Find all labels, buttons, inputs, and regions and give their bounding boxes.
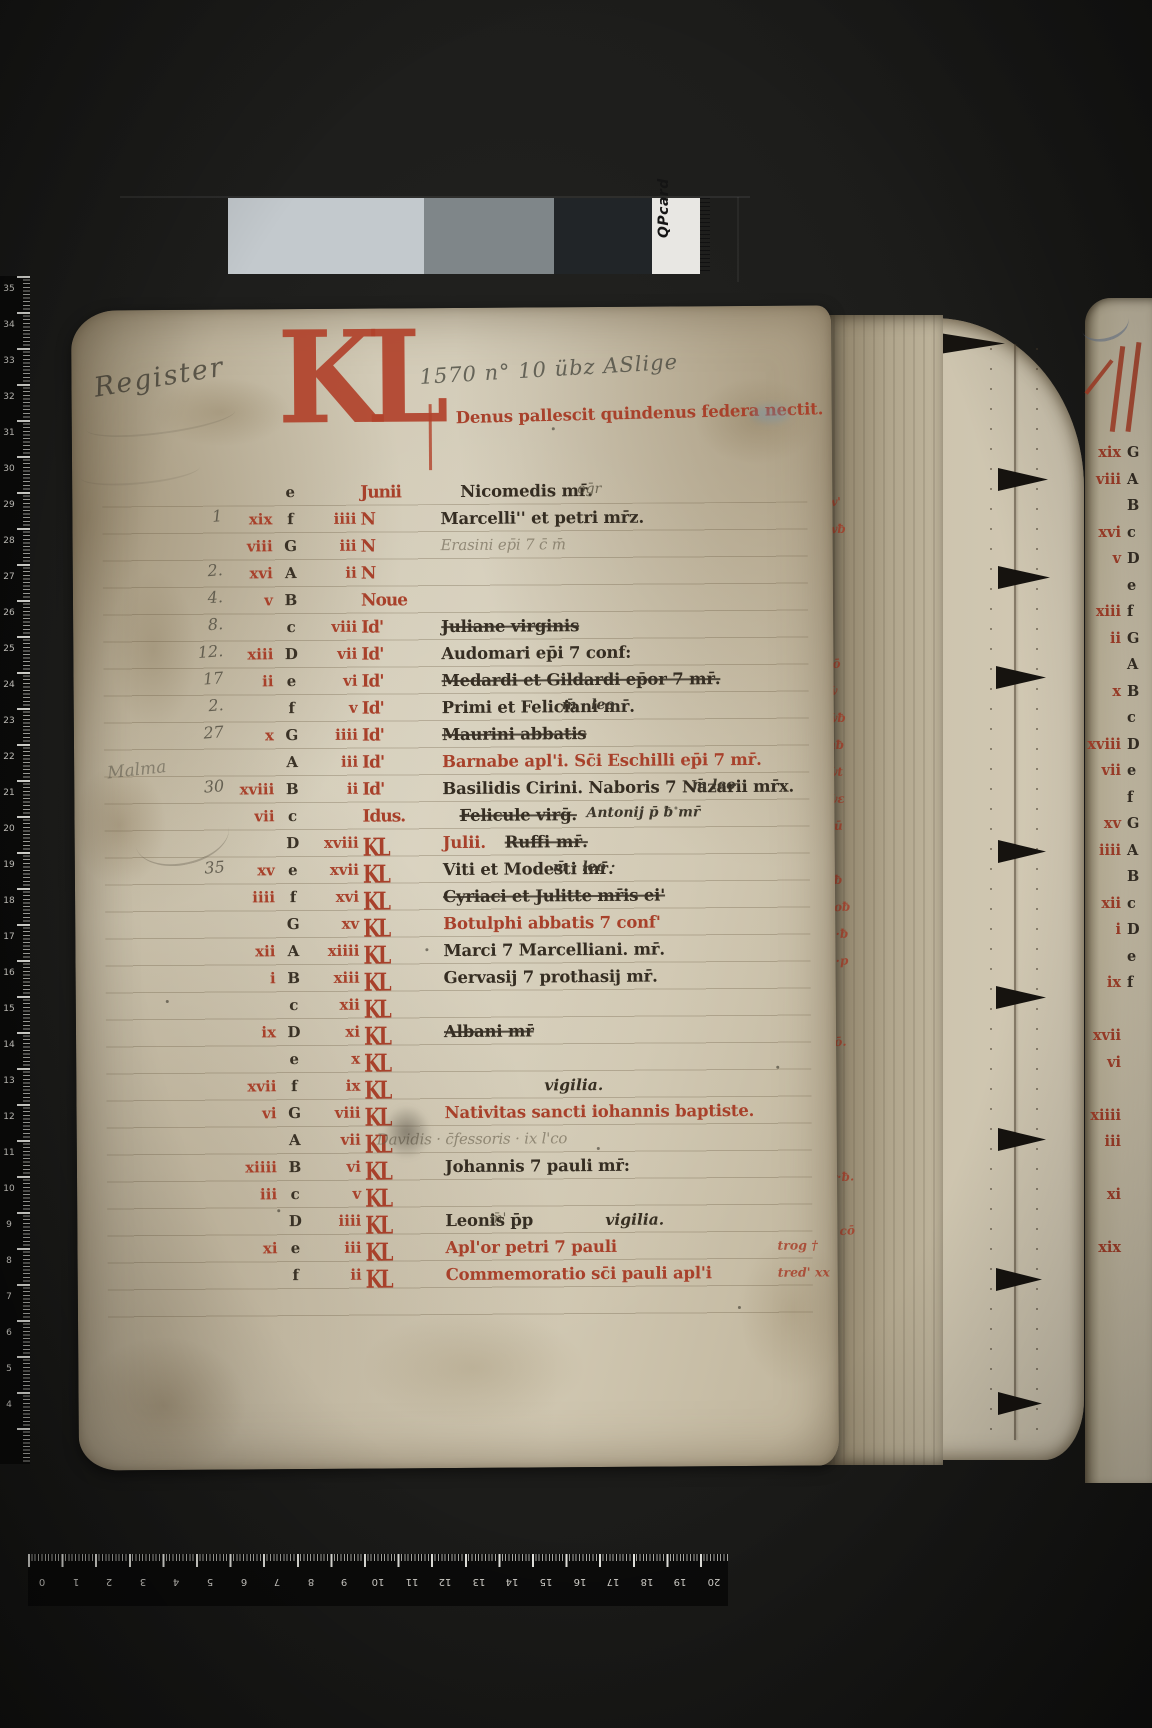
fly-speck: [776, 1066, 779, 1069]
ruler-number: 25: [2, 644, 16, 654]
facing-dominical-letter: A: [1127, 842, 1138, 859]
calibration-patch: [228, 198, 424, 274]
feast-entry: Barnabe apl'i. Sc̄i Eschilli ep̄i 7 mr̄.: [442, 750, 762, 771]
ruler-cm-ticks: [28, 1554, 728, 1567]
feast-entry: Felicule virḡ.: [459, 805, 577, 825]
facing-calendar-row: B: [1085, 868, 1152, 888]
ruler-number: 12: [435, 1576, 455, 1587]
facing-page-sliver: xixGviiiABxvicvDexiiifiiGAxBcxviiiDviief…: [1085, 298, 1152, 1483]
facing-dominical-letter: B: [1127, 683, 1139, 700]
golden-number: vii: [224, 807, 274, 825]
golden-number: xvii: [226, 1077, 276, 1095]
facing-calendar-row: xB: [1085, 683, 1152, 703]
dominical-letter: D: [283, 1212, 307, 1230]
dominical-letter: f: [280, 699, 304, 717]
facing-calendar-row: c: [1085, 709, 1152, 729]
feast-entry: Cyriaci et Julitte mr̄is ei': [443, 886, 665, 907]
facing-calendar-row: f: [1085, 789, 1152, 809]
facing-golden-number: vi: [1087, 1054, 1121, 1071]
dominical-letter: c: [282, 996, 306, 1014]
facing-dominical-letter: D: [1127, 550, 1140, 567]
fly-speck: [597, 1147, 600, 1150]
dominical-letter: B: [283, 1158, 307, 1176]
day-count: iiii: [309, 1212, 361, 1230]
ruler-cm-ticks: [17, 276, 30, 1464]
dominical-letter: B: [280, 780, 304, 798]
facing-dominical-letter: f: [1127, 603, 1133, 620]
dominical-letter: e: [278, 483, 302, 501]
sewing-support: [998, 566, 1050, 589]
kalend-mark: Id': [361, 671, 383, 691]
day-count: v: [309, 1185, 361, 1203]
facing-calendar-row: [1085, 1080, 1152, 1100]
facing-calendar-row: iii: [1085, 1133, 1152, 1153]
facing-golden-number: xiii: [1087, 603, 1121, 620]
binding-gutter: w'wƀtōw̄w̄ƀuƀw̄tw̄ɛvūyƀvoƀu·ƀu·pcō.ƀ†w·ƀ…: [823, 315, 943, 1465]
ruler-number: 15: [536, 1576, 556, 1587]
day-count: vii: [309, 1131, 361, 1149]
facing-dominical-letter: f: [1127, 789, 1133, 806]
dominical-letter: D: [279, 645, 303, 663]
dominical-letter: f: [282, 1077, 306, 1095]
facing-dominical-letter: D: [1127, 921, 1140, 938]
calibration-patch: [424, 198, 554, 274]
facing-dominical-letter: B: [1127, 868, 1139, 885]
facing-golden-number: xi: [1087, 1186, 1121, 1203]
facing-calendar-row: xiiif: [1085, 603, 1152, 623]
facing-dominical-letter: D: [1127, 736, 1140, 753]
ruler-number: 18: [637, 1576, 657, 1587]
feast-entry: Apl'or petri 7 pauli: [445, 1237, 617, 1257]
ruler-number: 1: [66, 1576, 86, 1587]
kalend-mark: Noue: [361, 590, 407, 610]
feast-entry: Maurini abbatis: [442, 724, 587, 744]
facing-golden-number: xvi: [1087, 524, 1121, 541]
dominical-letter: f: [281, 888, 305, 906]
ruler-number: 20: [704, 1576, 724, 1587]
ruler-number: 35: [2, 284, 16, 294]
facing-golden-number: xix: [1087, 444, 1121, 461]
gutter-mark: tred' xx: [778, 1264, 830, 1279]
facing-calendar-row: iiiiA: [1085, 842, 1152, 862]
feast-entry: Marci 7 Marcelliani. mr̄.: [443, 940, 665, 961]
day-count: iii: [306, 753, 358, 771]
facing-calendar-row: B: [1085, 497, 1152, 517]
feast-entry: Nativitas sancti iohannis baptiste.: [445, 1101, 755, 1122]
facing-golden-number: ii: [1087, 630, 1121, 647]
facing-kl-initial: [1110, 346, 1125, 432]
day-count: xiiii: [307, 942, 359, 960]
dominical-letter: e: [279, 672, 303, 690]
ruler-number: 10: [368, 1576, 388, 1587]
gutter-mark: trog †: [777, 1237, 817, 1252]
facing-calendar-row: ixf: [1085, 974, 1152, 994]
golden-number: xviii: [224, 780, 274, 798]
facing-golden-number: iii: [1087, 1133, 1121, 1150]
ruler-number: 31: [2, 428, 16, 438]
feast-entry: Johannis 7 pauli mr̄:: [445, 1156, 630, 1176]
kalend-mark: N: [360, 510, 375, 530]
ruler-number: 32: [2, 392, 16, 402]
day-count: viii: [309, 1104, 361, 1122]
facing-calendar-row: xixG: [1085, 444, 1152, 464]
fly-speck: [277, 1209, 280, 1212]
day-count: xii: [308, 996, 360, 1014]
day-count: ii: [305, 564, 357, 582]
margin-number: 8.: [93, 614, 224, 643]
day-count: x: [308, 1050, 360, 1068]
golden-number: xi: [227, 1239, 277, 1257]
horizontal-ruler: 01234567891011121314151617181920: [28, 1554, 728, 1606]
golden-number: viii: [223, 537, 273, 555]
kalend-mark: Id': [361, 644, 383, 664]
marginal-note: Antonij p̄ ƀ mr̄: [586, 804, 700, 821]
facing-golden-number: viii: [1087, 471, 1121, 488]
kalend-mark: N: [361, 564, 376, 584]
golden-number: x: [224, 726, 274, 744]
facing-calendar-row: xvG: [1085, 815, 1152, 835]
margin-number: 12.: [93, 641, 224, 670]
ruler-number: 29: [2, 500, 16, 510]
feast-entry: Medardi et Gildardi ep̄or 7 mr̄.: [441, 669, 720, 690]
day-count: ii: [306, 780, 358, 798]
kalend-mark: KL: [364, 1022, 390, 1051]
feast-entry: Erasini ep̄i 7 c̄ m̄: [441, 535, 566, 554]
dominical-letter: B: [282, 969, 306, 987]
kalend-mark: Id': [361, 617, 383, 637]
faded-scribble: [85, 396, 237, 443]
ruler-number: 34: [2, 320, 16, 330]
feast-entry: Albani mr̄: [444, 1021, 534, 1041]
feast-entry: Audomari ep̄i 7 conf:: [441, 643, 631, 663]
ruler-number: 8: [301, 1576, 321, 1587]
kalend-mark: Id': [362, 725, 384, 745]
facing-dominical-letter: A: [1127, 656, 1138, 673]
day-count: viii: [305, 618, 357, 636]
ruler-number: 6: [2, 1328, 16, 1338]
facing-calendar-row: iD: [1085, 921, 1152, 941]
facing-calendar-row: [1085, 1001, 1152, 1021]
facing-calendar-row: A: [1085, 656, 1152, 676]
ruler-number: 14: [502, 1576, 522, 1587]
day-count: vi: [305, 672, 357, 690]
facing-calendar-row: xvic: [1085, 524, 1152, 544]
day-count: ii: [310, 1266, 362, 1284]
golden-number: i: [226, 969, 276, 987]
ruler-number: 16: [2, 968, 16, 978]
calibration-card-scale: [700, 198, 710, 274]
feast-entry: Juliane virginis: [441, 616, 579, 636]
facing-golden-number: xii: [1087, 895, 1121, 912]
ruler-number: 17: [603, 1576, 623, 1587]
ruler-number: 19: [2, 860, 16, 870]
feast-entry: Commemoratio sc̄i pauli apl'i: [446, 1263, 712, 1284]
kalend-mark: KL: [364, 995, 390, 1024]
facing-golden-number: xv: [1087, 815, 1121, 832]
dominical-letter: e: [283, 1239, 307, 1257]
sewing-support: [998, 1128, 1046, 1151]
day-count: xvii: [307, 861, 359, 879]
feast-entry-struck: Ruffi mr̄.: [505, 832, 588, 852]
ruler-number: 3: [133, 1576, 153, 1587]
facing-golden-number: ix: [1087, 974, 1121, 991]
ruler-number: 24: [2, 680, 16, 690]
exlibris-inscription: Register: [92, 351, 227, 403]
kalend-mark: KL: [363, 887, 389, 916]
fly-speck: [166, 1000, 169, 1003]
ruler-number: 4: [166, 1576, 186, 1587]
facing-calendar-row: xi: [1085, 1186, 1152, 1206]
facing-dominical-letter: c: [1127, 895, 1136, 912]
facing-calendar-row: viie: [1085, 762, 1152, 782]
facing-dominical-letter: B: [1127, 497, 1139, 514]
kalend-mark: N: [361, 537, 376, 557]
vertical-ruler: 3534333231302928272625242322212019181716…: [0, 276, 30, 1464]
golden-number: vi: [227, 1104, 277, 1122]
facing-dominical-letter: G: [1127, 815, 1139, 832]
kalend-mark: KL: [363, 941, 389, 970]
facing-golden-number: vii: [1087, 762, 1121, 779]
manuscript-page: Register KL 1570 n° 10 übz ASlige Denus …: [71, 305, 839, 1470]
facing-golden-number: i: [1087, 921, 1121, 938]
margin-number: 30: [94, 776, 225, 805]
fly-speck: [738, 1306, 741, 1309]
facing-golden-number: xvii: [1087, 1027, 1121, 1044]
dominical-letter: A: [281, 942, 305, 960]
ruler-number: 2: [99, 1576, 119, 1587]
facing-calendar-row: e: [1085, 577, 1152, 597]
ruler-number: 4: [2, 1400, 16, 1410]
ruler-number: 8: [2, 1256, 16, 1266]
fly-speck: [674, 806, 677, 809]
facing-dominical-letter: e: [1127, 577, 1136, 594]
ruler-number: 19: [670, 1576, 690, 1587]
ruler-number: 30: [2, 464, 16, 474]
kalend-mark: KL: [363, 914, 389, 943]
ruler-number: 15: [2, 1004, 16, 1014]
ruler-number: 18: [2, 896, 16, 906]
kalend-mark: KL: [363, 833, 389, 862]
facing-calendar-row: e: [1085, 948, 1152, 968]
sewing-support: [998, 468, 1048, 491]
golden-number: v: [223, 591, 273, 609]
day-count: xiii: [308, 969, 360, 987]
margin-number: 35: [94, 857, 225, 886]
day-count: xi: [308, 1023, 360, 1041]
color-calibration-card: QPcard: [228, 198, 710, 274]
feast-entry: Gervasij 7 prothasij mr̄.: [444, 967, 658, 987]
glass-plate-edge: [737, 197, 739, 282]
facing-golden-number: v: [1087, 550, 1121, 567]
vigil-note: vigilia.: [544, 1075, 603, 1094]
ruler-number: 17: [2, 932, 16, 942]
facing-dominical-letter: c: [1127, 524, 1136, 541]
facing-dominical-letter: f: [1127, 974, 1133, 991]
marginal-note: m̄ leo: [692, 777, 735, 793]
sewing-holes: [1036, 348, 1038, 1438]
ink-stain: [374, 1096, 439, 1168]
ruler-number: 33: [2, 356, 16, 366]
golden-number: xv: [225, 861, 275, 879]
facing-calendar-row: iiG: [1085, 630, 1152, 650]
kalend-mark: Junii: [360, 482, 401, 502]
dominical-letter: c: [280, 807, 304, 825]
sewing-support: [996, 666, 1046, 689]
margin-number: 4.: [92, 587, 223, 616]
marginal-note: m̄ · leo: [562, 697, 615, 713]
ruler-number: 23: [2, 716, 16, 726]
feast-entry: Nicomedis mr̄.: [460, 481, 593, 501]
kalend-mark: KL: [365, 1211, 391, 1240]
margin-number: 2.: [93, 695, 224, 724]
ruler-number: 10: [2, 1184, 16, 1194]
ruler-number: 20: [2, 824, 16, 834]
ruler-number: 13: [469, 1576, 489, 1587]
dominical-letter: G: [280, 726, 304, 744]
ruler-number: 22: [2, 752, 16, 762]
ruler-number: 14: [2, 1040, 16, 1050]
kalend-mark: KL: [365, 1238, 391, 1267]
golden-number: xix: [222, 510, 272, 528]
dominical-letter: G: [281, 915, 305, 933]
ruler-number: 11: [402, 1576, 422, 1587]
marginal-note: m̄ · leo ·: [553, 859, 616, 875]
day-count: iii: [309, 1239, 361, 1257]
kalend-mark: KL: [365, 1184, 391, 1213]
kalend-mark: Id': [362, 752, 384, 772]
ruler-number: 9: [334, 1576, 354, 1587]
dominical-letter: G: [279, 537, 303, 555]
calibration-card-brand: QPcard: [656, 178, 672, 238]
facing-calendar-row: xix: [1085, 1239, 1152, 1259]
facing-dominical-letter: G: [1127, 630, 1139, 647]
facing-dominical-letter: G: [1127, 444, 1139, 461]
golden-number: iiii: [225, 888, 275, 906]
facing-dominical-letter: e: [1127, 762, 1136, 779]
day-count: iiii: [306, 726, 358, 744]
vigil-note: vigilia.: [605, 1210, 664, 1229]
facing-dominical-letter: c: [1127, 709, 1136, 726]
golden-number: ix: [226, 1023, 276, 1041]
facing-golden-number: iiii: [1087, 842, 1121, 859]
sewing-support: [933, 332, 1005, 355]
dominical-letter: A: [280, 753, 304, 771]
gutter-creases: [823, 315, 943, 1465]
dominical-letter: D: [282, 1023, 306, 1041]
ruler-number: 5: [200, 1576, 220, 1587]
facing-calendar-row: [1085, 1213, 1152, 1233]
parchment-stain: [71, 1309, 279, 1470]
facing-kl-initial: [1084, 359, 1113, 395]
ruler-number: 16: [570, 1576, 590, 1587]
ruler-number: 7: [2, 1292, 16, 1302]
archival-inscription: 1570 n° 10 übz ASlige: [419, 350, 679, 389]
facing-kl-initial: [1126, 342, 1142, 432]
golden-number: xiiii: [227, 1158, 277, 1176]
dominical-letter: D: [281, 834, 305, 852]
day-count: xviii: [307, 834, 359, 852]
kalend-mark: KL: [364, 1049, 390, 1078]
day-count: iii: [305, 537, 357, 555]
facing-golden-number: x: [1087, 683, 1121, 700]
calibration-patches: [228, 198, 652, 274]
marginal-note: oḡr: [577, 481, 601, 497]
kalend-mark: Idus.: [362, 806, 405, 826]
ruler-number: 28: [2, 536, 16, 546]
facing-dominical-letter: A: [1127, 471, 1138, 488]
day-count: xv: [307, 915, 359, 933]
kalend-mark: KL: [364, 1076, 390, 1105]
golden-number: xii: [225, 942, 275, 960]
facing-calendar-row: xviiiD: [1085, 736, 1152, 756]
kalend-mark: KL: [365, 1157, 391, 1186]
ruler-number: 13: [2, 1076, 16, 1086]
ruler-number: 12: [2, 1112, 16, 1122]
ruler-number: 11: [2, 1148, 16, 1158]
fly-speck: [552, 427, 555, 430]
margin-number: 17: [93, 668, 224, 697]
dominical-letter: c: [279, 618, 303, 636]
kalend-mark: KL: [364, 968, 390, 997]
feast-entry: Marcelli'' et petri mr̄z.: [440, 508, 644, 528]
day-count: v: [306, 699, 358, 717]
dominical-letter: f: [284, 1266, 308, 1284]
kalend-mark: Id': [362, 698, 384, 718]
dominical-letter: G: [283, 1104, 307, 1122]
dominical-letter: c: [283, 1185, 307, 1203]
kalend-mark: KL: [366, 1265, 392, 1294]
facing-calendar-row: xiiii: [1085, 1107, 1152, 1127]
fly-speck: [425, 948, 428, 951]
facing-calendar-row: viiiA: [1085, 471, 1152, 491]
sewing-holes: [990, 348, 992, 1438]
margin-number: 1: [92, 506, 223, 535]
ruler-number: 5: [2, 1364, 16, 1374]
calibration-patch: [554, 198, 652, 274]
photo-stage: QPcard 353433323130292827262524232221201…: [0, 0, 1152, 1728]
facing-initial-flourish: [1077, 302, 1132, 347]
golden-number: xiii: [223, 645, 273, 663]
kalend-mark: KL: [363, 860, 389, 889]
ruler-number: 6: [234, 1576, 254, 1587]
day-count: ix: [308, 1077, 360, 1095]
kl-initial: KL: [277, 305, 438, 459]
day-count: vii: [305, 645, 357, 663]
dominical-letter: A: [279, 564, 303, 582]
ruler-number: 27: [2, 572, 16, 582]
ruler-number: 0: [32, 1576, 52, 1587]
feast-entry: Basilidis Cirini. Naboris 7 Nazarii mr̄x…: [442, 777, 794, 798]
ruler-number: 9: [2, 1220, 16, 1230]
calibration-card-label: QPcard: [652, 198, 700, 274]
facing-calendar-row: xvii: [1085, 1027, 1152, 1047]
facing-golden-number: xiiii: [1087, 1107, 1121, 1124]
facing-calendar-row: xiic: [1085, 895, 1152, 915]
golden-number: xvi: [223, 564, 273, 582]
facing-calendar-row: [1085, 1160, 1152, 1180]
day-count: iiii: [304, 510, 356, 528]
dominical-letter: f: [278, 510, 302, 528]
ruler-number: 26: [2, 608, 16, 618]
margin-number: 27: [93, 722, 224, 751]
day-count: xvi: [307, 888, 359, 906]
dominical-letter: e: [281, 861, 305, 879]
facing-golden-number: xviii: [1087, 736, 1121, 753]
feast-entry: Botulphi abbatis 7 conf': [443, 913, 661, 934]
feast-entry: Julii.: [443, 833, 486, 852]
margin-number: 2.: [92, 560, 223, 589]
day-count: vi: [309, 1158, 361, 1176]
